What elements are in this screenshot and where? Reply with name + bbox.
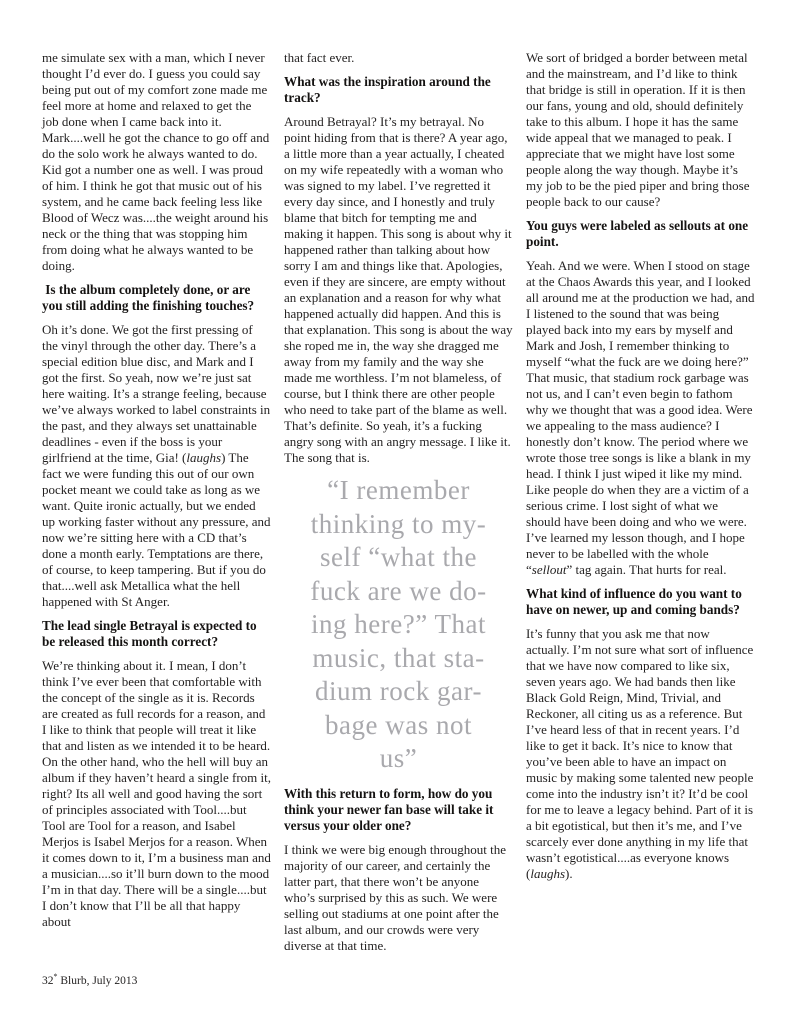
text-segment: laughs [530, 866, 565, 881]
text-segment: me simulate sex with a man, which I neve… [42, 50, 269, 273]
article-column-1: me simulate sex with a man, which I neve… [42, 50, 271, 962]
text-segment: I think we were big enough throughout th… [284, 842, 506, 953]
text-segment: ). [565, 866, 573, 881]
article-paragraph: Yeah. And we were. When I stood on stage… [526, 258, 755, 578]
text-segment: sellout [532, 562, 567, 577]
article-paragraph: We’re thinking about it. I mean, I don’t… [42, 658, 271, 930]
text-segment: laughs [186, 450, 221, 465]
text-segment: that fact ever. [284, 50, 354, 65]
article-paragraph: Oh it’s done. We got the first pressing … [42, 322, 271, 610]
article-column-2: that fact ever.What was the inspiration … [284, 50, 513, 962]
article-paragraph: It’s funny that you ask me that now actu… [526, 626, 755, 882]
text-segment: Yeah. And we were. When I stood on stage… [526, 258, 755, 577]
interview-question: Is the album completely done, or are you… [42, 282, 271, 314]
article-paragraph: Around Betrayal? It’s my betrayal. No po… [284, 114, 513, 466]
article-paragraph: We sort of bridged a border between meta… [526, 50, 755, 210]
text-segment: Oh it’s done. We got the first pressing … [42, 322, 270, 465]
footer-mark: * [54, 972, 58, 981]
magazine-page: me simulate sex with a man, which I neve… [0, 0, 796, 1024]
article-paragraph: I think we were big enough throughout th… [284, 842, 513, 954]
text-segment: We’re thinking about it. I mean, I don’t… [42, 658, 271, 929]
text-segment: ” tag again. That hurts for real. [566, 562, 726, 577]
text-segment: Around Betrayal? It’s my betrayal. No po… [284, 114, 513, 465]
article-paragraph: me simulate sex with a man, which I neve… [42, 50, 271, 274]
page-number: 32 [42, 975, 54, 987]
text-segment: ) The fact we were funding this out of o… [42, 450, 271, 609]
page-footer: 32* Blurb, July 2013 [42, 972, 137, 987]
text-segment: It’s funny that you ask me that now actu… [526, 626, 753, 881]
article-column-3: We sort of bridged a border between meta… [526, 50, 755, 962]
interview-question: You guys were labeled as sellouts at one… [526, 218, 755, 250]
interview-question: The lead single Betrayal is expected to … [42, 618, 271, 650]
interview-question: What was the inspiration around the trac… [284, 74, 513, 106]
article-paragraph: that fact ever. [284, 50, 513, 66]
interview-question: With this return to form, how do you thi… [284, 786, 513, 834]
text-segment: We sort of bridged a border between meta… [526, 50, 749, 209]
pull-quote: “I remember thinking to my- self “what t… [284, 474, 513, 776]
article-columns: me simulate sex with a man, which I neve… [42, 50, 755, 962]
magazine-title: Blurb, July 2013 [60, 975, 137, 987]
interview-question: What kind of influence do you want to ha… [526, 586, 755, 618]
